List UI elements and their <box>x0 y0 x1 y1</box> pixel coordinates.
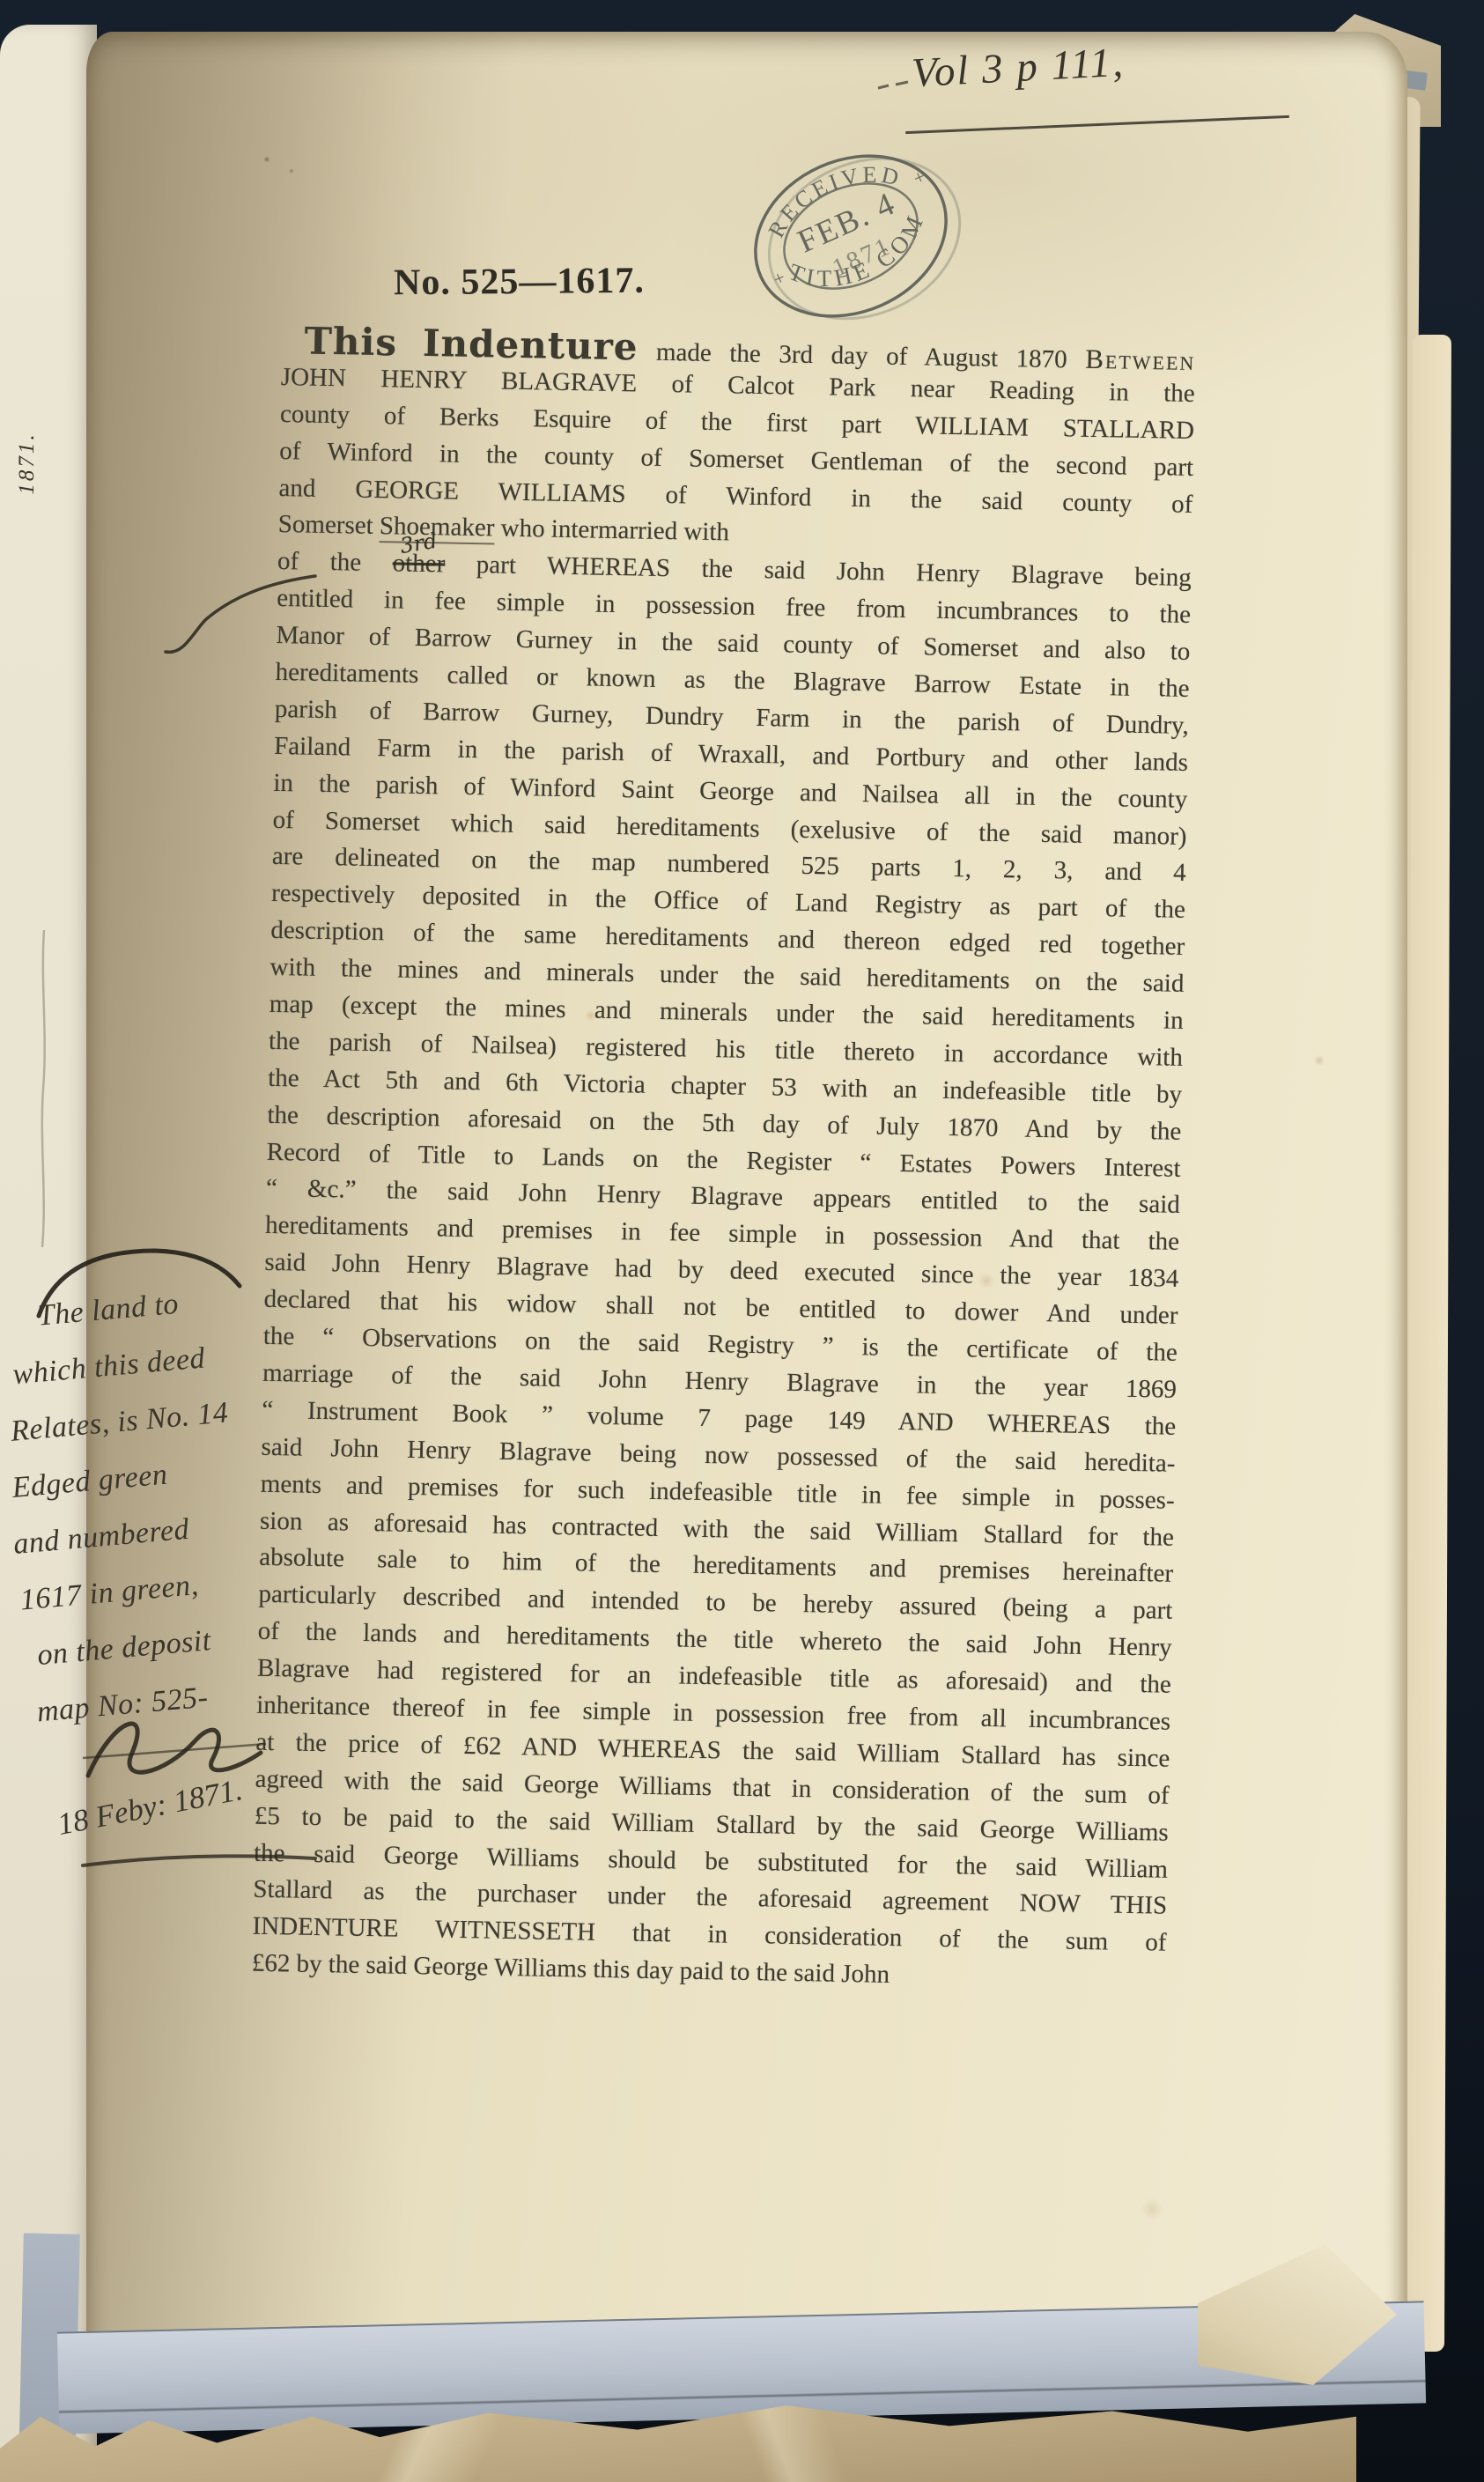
margin-note-lines: The land towhich this deedRelates, is No… <box>0 1267 310 1740</box>
deed-text-segment: Somerset <box>278 510 380 540</box>
struck-word: other3rd <box>392 550 445 579</box>
received-stamp: RECEIVED TITHE COM FEB. 4 1871 + + <box>696 104 1004 368</box>
page-stack-edge <box>1406 335 1451 2352</box>
document-number: No. 525—1617. <box>394 260 645 304</box>
deed-text-segment: £62 by the said George Williams this day… <box>252 1949 890 1989</box>
scanned-deed-page: 1871. Vol 3 p 111, RECEIVED TITHE COM <box>0 0 1484 2482</box>
handwritten-insertion: 3rd <box>397 523 439 565</box>
spine-year-label: 1871. <box>15 424 40 503</box>
stamp-plus-left: + <box>770 266 789 291</box>
deed-text-segment: of the <box>277 547 393 577</box>
underlying-page-edge-left <box>0 25 97 2482</box>
deed-body-lines: This Indenture made the 3rd day of Augus… <box>251 322 1195 1999</box>
deed-text-segment: Between <box>1085 343 1196 376</box>
deed-text-segment: who intermarried with <box>494 514 729 547</box>
